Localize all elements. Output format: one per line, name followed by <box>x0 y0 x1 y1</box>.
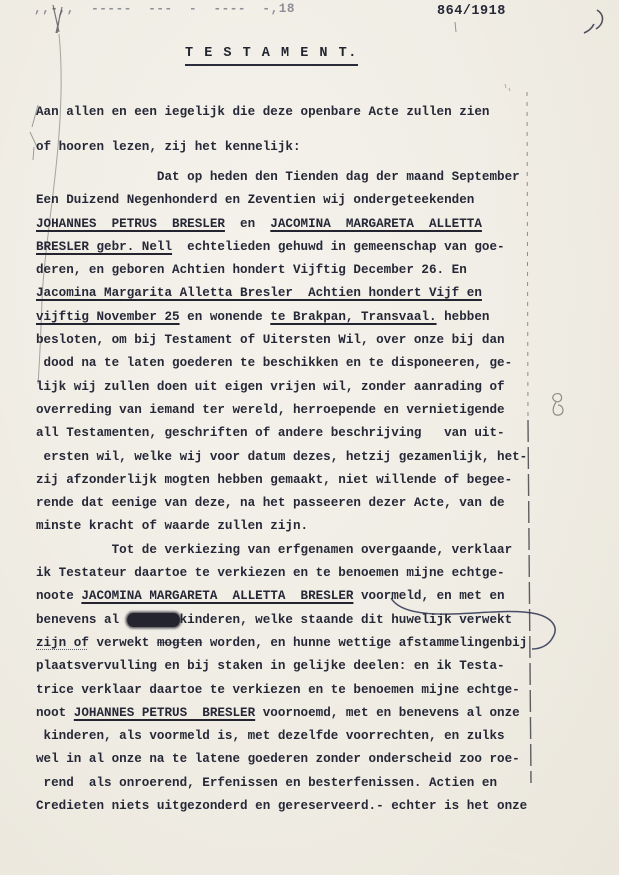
line-segment: all Testamenten, geschriften of andere b… <box>36 426 505 440</box>
document-line: zij afzonderlijk mogten hebben gemaakt, … <box>36 469 527 492</box>
line-segment: zijn of <box>36 636 89 650</box>
line-segment: Dat op heden den Tienden dag der maand S… <box>36 170 520 184</box>
line-segment: benevens al <box>36 613 127 627</box>
document-line: wel in al onze na te latene goederen zon… <box>36 748 527 771</box>
document-line: ik Testateur daartoe te verkiezen en te … <box>36 562 527 585</box>
document-line: Credieten niets uitgezonderd en gereserv… <box>36 795 527 818</box>
line-segment: lijk wij zullen doen uit eigen vrijen wi… <box>36 380 505 394</box>
line-segment: noote <box>36 589 81 603</box>
document-line: kinderen, als voormeld is, met dezelfde … <box>36 725 527 748</box>
document-line: Tot de verkiezing van erfgenamen overgaa… <box>36 539 527 562</box>
line-segment: ersten wil, welke wij voor datum dezes, … <box>36 450 527 464</box>
document-line: deren, en geboren Achtien hondert Vijfti… <box>36 259 527 282</box>
line-segment: Credieten niets uitgezonderd en gereserv… <box>36 799 527 813</box>
docnum-pen-tick <box>455 22 456 32</box>
line-segment: JOHANNES PETRUS BRESLER <box>36 217 225 231</box>
line-segment: trice verklaar daartoe te verkiezen en t… <box>36 683 520 697</box>
line-segment: overreding van iemand ter wereld, herroe… <box>36 403 505 417</box>
line-segment: worden, en hunne wettige afstammelingenb… <box>202 636 527 650</box>
line-segment: Jacomina Margarita Alletta Bresler Achti… <box>36 286 482 300</box>
document-line: Jacomina Margarita Alletta Bresler Achti… <box>36 282 527 305</box>
document-line: ersten wil, welke wij voor datum dezes, … <box>36 446 527 469</box>
document-line: lijk wij zullen doen uit eigen vrijen wi… <box>36 376 527 399</box>
right-fold-crease-lower <box>528 420 531 783</box>
document-line: trice verklaar daartoe te verkiezen en t… <box>36 679 527 702</box>
document-line: rende dat eenige van deze, na het passee… <box>36 492 527 515</box>
document-line: JOHANNES PETRUS BRESLER en JACOMINA MARG… <box>36 213 527 236</box>
line-segment: en <box>225 217 270 231</box>
scanned-document-page: ,,-,, ----- --- - ---- -,18 864/1918 T E… <box>0 0 619 875</box>
document-line: of hooren lezen, zij het kennelijk: <box>36 130 489 165</box>
document-line: Dat op heden den Tienden dag der maand S… <box>36 166 527 189</box>
document-line: minste kracht of waarde zullen zijn. <box>36 515 527 538</box>
margin-dots <box>505 84 510 91</box>
line-segment: mogten <box>157 636 202 650</box>
faded-header-text: ,,-,, ----- --- - ---- -,18 <box>34 2 295 16</box>
intro-lines: Aan allen en een iegelijk die deze openb… <box>36 95 489 164</box>
document-line: noote JACOMINA MARGARETA ALLETTA BRESLER… <box>36 585 527 608</box>
line-segment: vijftig November 25 <box>36 310 180 324</box>
line-segment: dood na te laten goederen te beschikken … <box>36 356 512 370</box>
document-line: benevens al kinderen, welke staande dit … <box>36 609 527 632</box>
line-segment: wel in al onze na te latene goederen zon… <box>36 752 520 766</box>
document-line: noot JOHANNES PETRUS BRESLER voornoemd, … <box>36 702 527 725</box>
document-line: all Testamenten, geschriften of andere b… <box>36 422 527 445</box>
document-line: overreding van iemand ter wereld, herroe… <box>36 399 527 422</box>
document-title: T E S T A M E N T. <box>185 46 358 66</box>
line-segment: echtelieden gehuwd in gemeenschap van go… <box>172 240 505 254</box>
document-line: Een Duizend Negenhonderd en Zeventien wi… <box>36 189 527 212</box>
document-line: besloten, om bij Testament of Uitersten … <box>36 329 527 352</box>
line-segment: deren, en geboren Achtien hondert Vijfti… <box>36 263 467 277</box>
line-segment: noot <box>36 706 74 720</box>
line-segment: besloten, om bij Testament of Uitersten … <box>36 333 505 347</box>
line-segment: JACOMINA MARGARETA ALLETTA <box>270 217 482 231</box>
line-segment: rend als onroerend, Erfenissen en bester… <box>36 776 497 790</box>
line-segment: of hooren lezen, zij het kennelijk: <box>36 140 301 154</box>
line-segment: plaatsvervulling en bij staken in gelijk… <box>36 659 505 673</box>
line-segment: kinderen, als voormeld is, met dezelfde … <box>36 729 505 743</box>
line-segment: rende dat eenige van deze, na het passee… <box>36 496 505 510</box>
line-segment: Een Duizend Negenhonderd en Zeventien wi… <box>36 193 474 207</box>
body-lines: Dat op heden den Tienden dag der maand S… <box>36 166 527 818</box>
line-segment: ik Testateur daartoe te verkiezen en te … <box>36 566 505 580</box>
line-segment: voormeld, en met en <box>353 589 504 603</box>
line-segment: te Brakpan, Transvaal. <box>270 310 436 324</box>
document-number: 864/1918 <box>437 4 506 19</box>
line-segment: hebben <box>437 310 490 324</box>
document-line: BRESLER gebr. Nell echtelieden gehuwd in… <box>36 236 527 259</box>
margin-scribble <box>553 394 563 416</box>
document-line: dood na te laten goederen te beschikken … <box>36 352 527 375</box>
line-segment: minste kracht of waarde zullen zijn. <box>36 519 308 533</box>
handwritten-checkmark <box>584 10 603 33</box>
line-segment: voornoemd, met en benevens al onze <box>255 706 520 720</box>
document-line: plaatsvervulling en bij staken in gelijk… <box>36 655 527 678</box>
line-segment: verwekt <box>89 636 157 650</box>
ink-blackout <box>127 613 180 627</box>
line-segment: en wonende <box>180 310 271 324</box>
line-segment: JACOMINA MARGARETA ALLETTA BRESLER <box>81 589 353 603</box>
document-line: zijn of verwekt mogten worden, en hunne … <box>36 632 527 655</box>
line-segment: kinderen, welke staande dit huwelijk ver… <box>180 613 513 627</box>
line-segment: Tot de verkiezing van erfgenamen overgaa… <box>36 543 512 557</box>
line-segment: zij afzonderlijk mogten hebben gemaakt, … <box>36 473 512 487</box>
document-line: vijftig November 25 en wonende te Brakpa… <box>36 306 527 329</box>
line-segment: Aan allen en een iegelijk die deze openb… <box>36 105 489 119</box>
document-line: rend als onroerend, Erfenissen en bester… <box>36 772 527 795</box>
document-line: Aan allen en een iegelijk die deze openb… <box>36 95 489 130</box>
bottom-sheen-streak <box>350 812 565 870</box>
line-segment: BRESLER gebr. Nell <box>36 240 172 254</box>
line-segment: JOHANNES PETRUS BRESLER <box>74 706 255 720</box>
